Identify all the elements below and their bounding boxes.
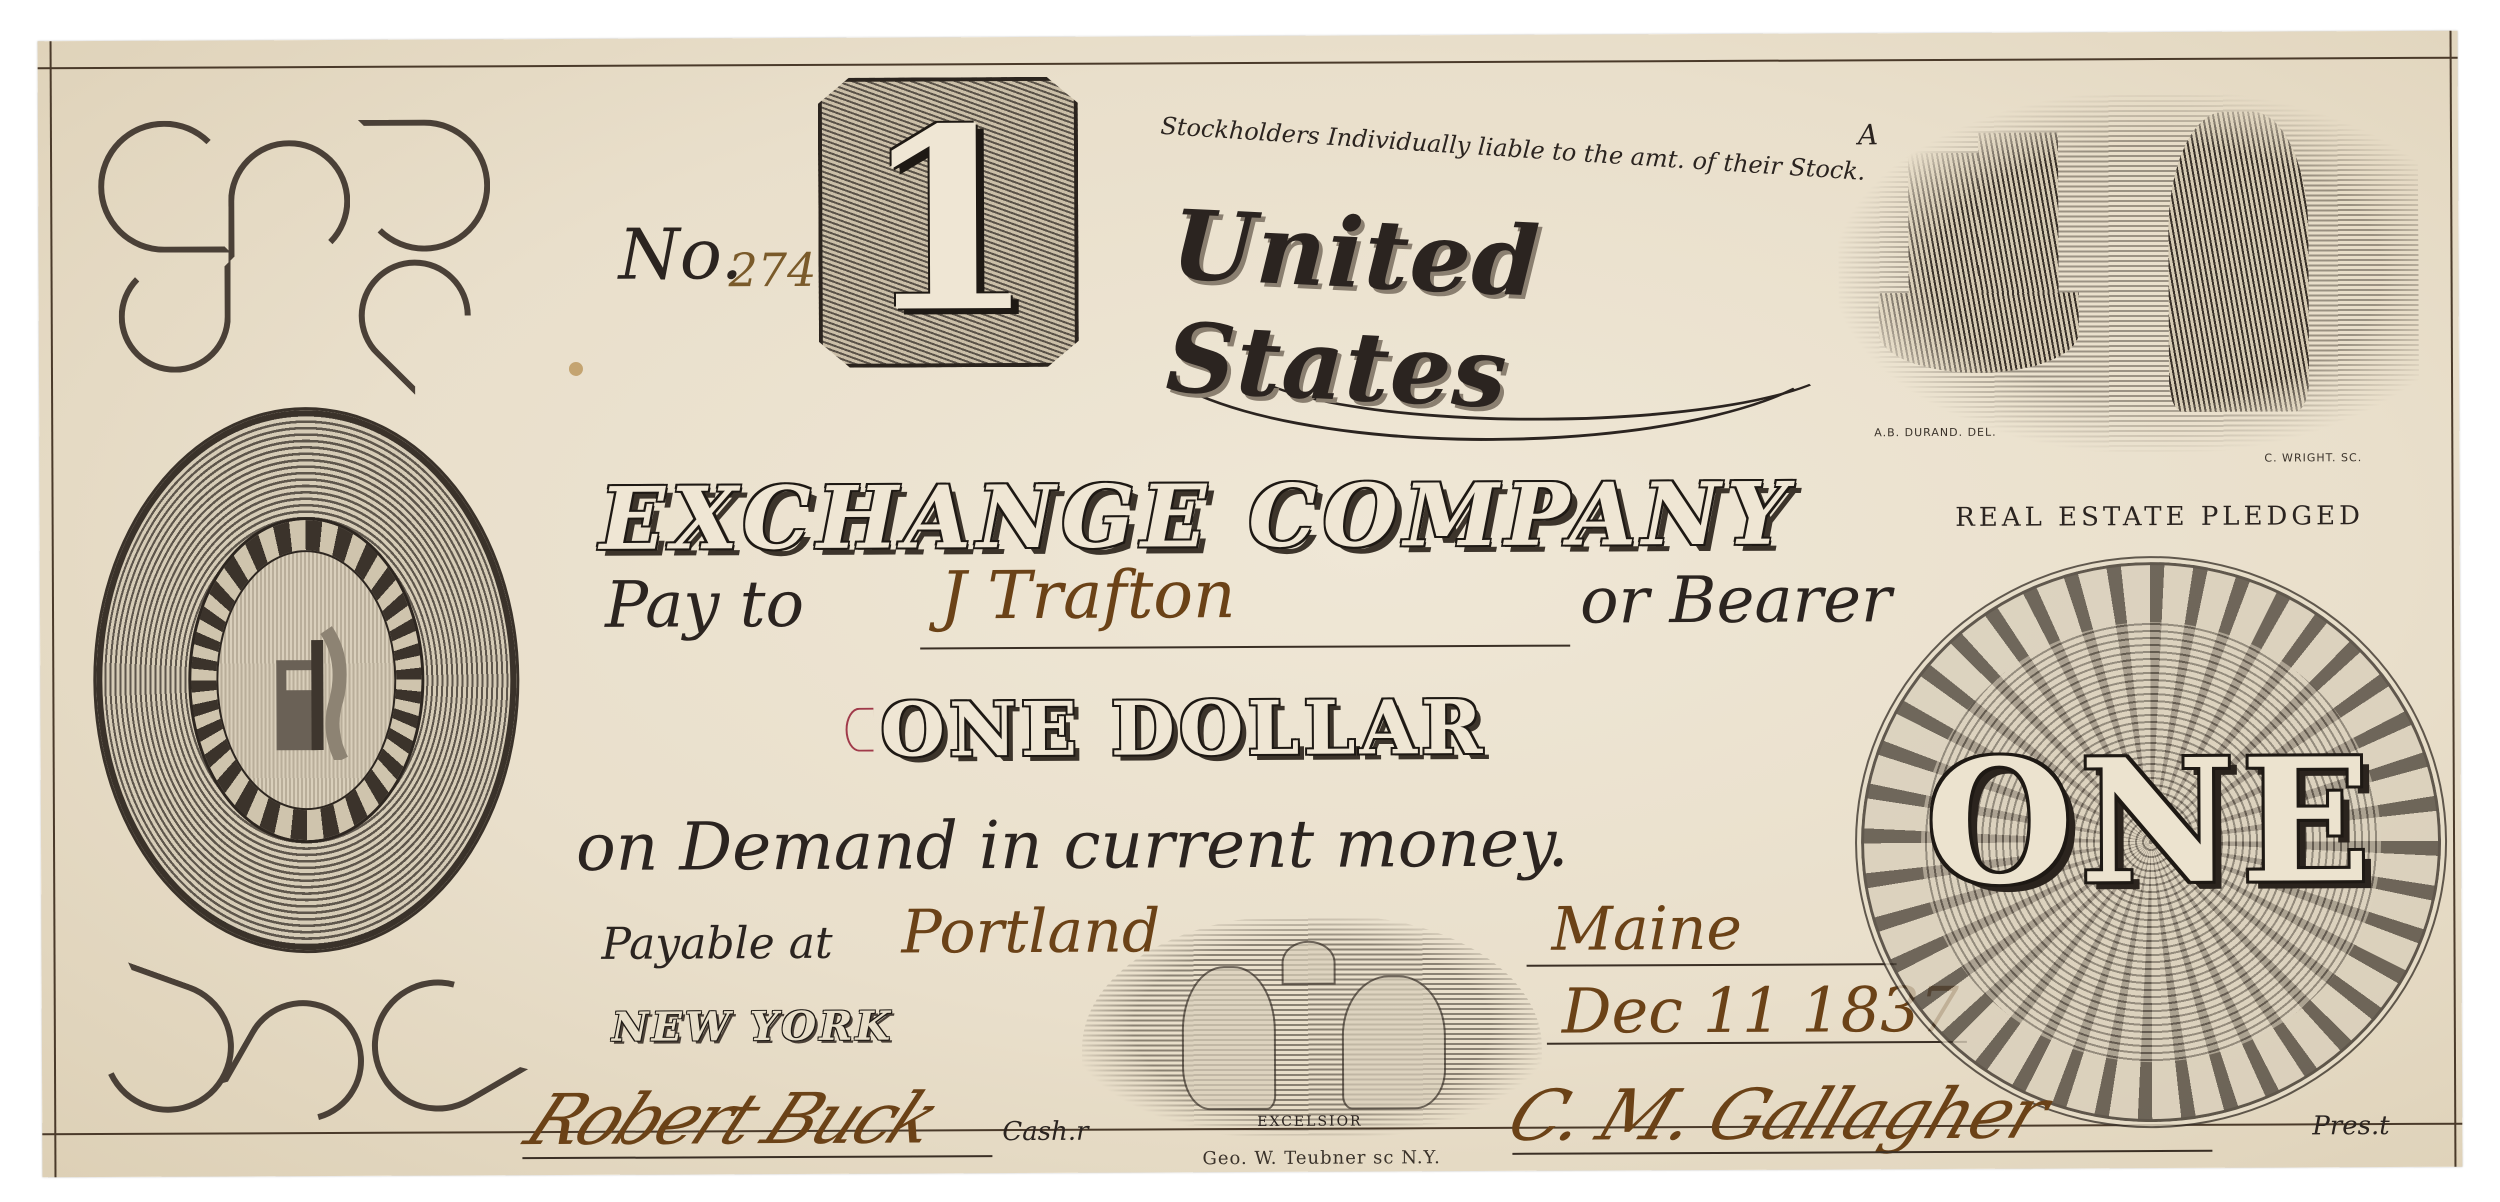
issue-place: NEW YORK: [612, 1003, 894, 1051]
issuer-title-line1: United States: [1164, 188, 1874, 447]
payable-state: Maine: [1551, 894, 1742, 965]
steamboat-icon: [256, 620, 357, 760]
payable-city: Portland: [901, 896, 1160, 967]
seated-figure-right: [1342, 975, 1447, 1109]
acanthus-scroll-ornament: [84, 962, 253, 1131]
ship-sail: [1879, 292, 2079, 373]
mercury-figure: [2168, 111, 2309, 412]
steamboat-vignette: [216, 550, 397, 811]
cashier-title: Cash.r: [1002, 1117, 1088, 1147]
issuer-title-line2: EXCHANGE COMPANY: [599, 464, 1794, 570]
acanthus-scroll-ornament: [336, 236, 494, 394]
demand-text: on Demand in current money.: [576, 805, 1569, 886]
ink-stain: [569, 362, 583, 376]
payee-name: J Trafton: [940, 556, 1236, 634]
denomination-numeral: 1: [818, 85, 1079, 356]
president-title: Pres.t: [2312, 1111, 2390, 1141]
acanthus-scroll-ornament: [228, 140, 351, 263]
acanthus-scroll-ornament: [358, 119, 491, 252]
denomination-numeral-panel: 1: [818, 77, 1079, 368]
seal-denomination: ONE: [1901, 721, 2402, 923]
president-signature: C. M. Gallagher: [1497, 1072, 2057, 1156]
ship-sail: [1908, 153, 1979, 313]
seal-text: REAL ESTATE PLEDGED: [1940, 501, 2380, 533]
pay-to-label: Pay to: [605, 568, 804, 643]
or-bearer-label: or Bearer: [1580, 563, 1892, 638]
payable-state-line: [1527, 963, 1897, 967]
liability-notice: Stockholders Individually liable to the …: [1133, 110, 1893, 188]
left-ornament: [58, 119, 542, 1151]
amount-text: ONE DOLLAR: [880, 685, 1486, 774]
payable-at-label: Payable at: [601, 918, 832, 970]
banknote: No. 274 1 Stockholders Individually liab…: [38, 31, 2463, 1178]
big-o-lathework: [95, 409, 517, 951]
frame-top-line: [38, 57, 2458, 70]
seated-figure-left: [1182, 966, 1277, 1110]
payee-line: [920, 645, 1570, 650]
serial-label: No.: [618, 213, 743, 296]
acanthus-scroll-ornament: [98, 120, 231, 253]
acanthus-scroll-ornament: [348, 955, 529, 1136]
frame-right-line: [2450, 31, 2457, 1167]
eagle-globe: [1281, 941, 1335, 985]
acanthus-scroll-ornament: [220, 978, 386, 1144]
cashier-signature: Robert Buck: [513, 1077, 950, 1161]
engraver-credit: Geo. W. Teubner sc N.Y.: [1202, 1147, 1440, 1169]
red-ink-mark: [845, 708, 873, 752]
vignette-engraver-credit: C. WRIGHT. SC.: [2264, 451, 2362, 464]
serial-number: 274: [728, 243, 816, 297]
vignette-motto: EXCELSIOR: [1257, 1114, 1362, 1130]
issue-date: Dec 11 1837: [1562, 973, 1960, 1048]
frame-left-line: [50, 41, 57, 1177]
ship-and-mercury-vignette: [1838, 91, 2420, 454]
vignette-designer-credit: A.B. DURAND. DEL.: [1874, 426, 1996, 440]
acanthus-scroll-ornament: [118, 260, 230, 372]
